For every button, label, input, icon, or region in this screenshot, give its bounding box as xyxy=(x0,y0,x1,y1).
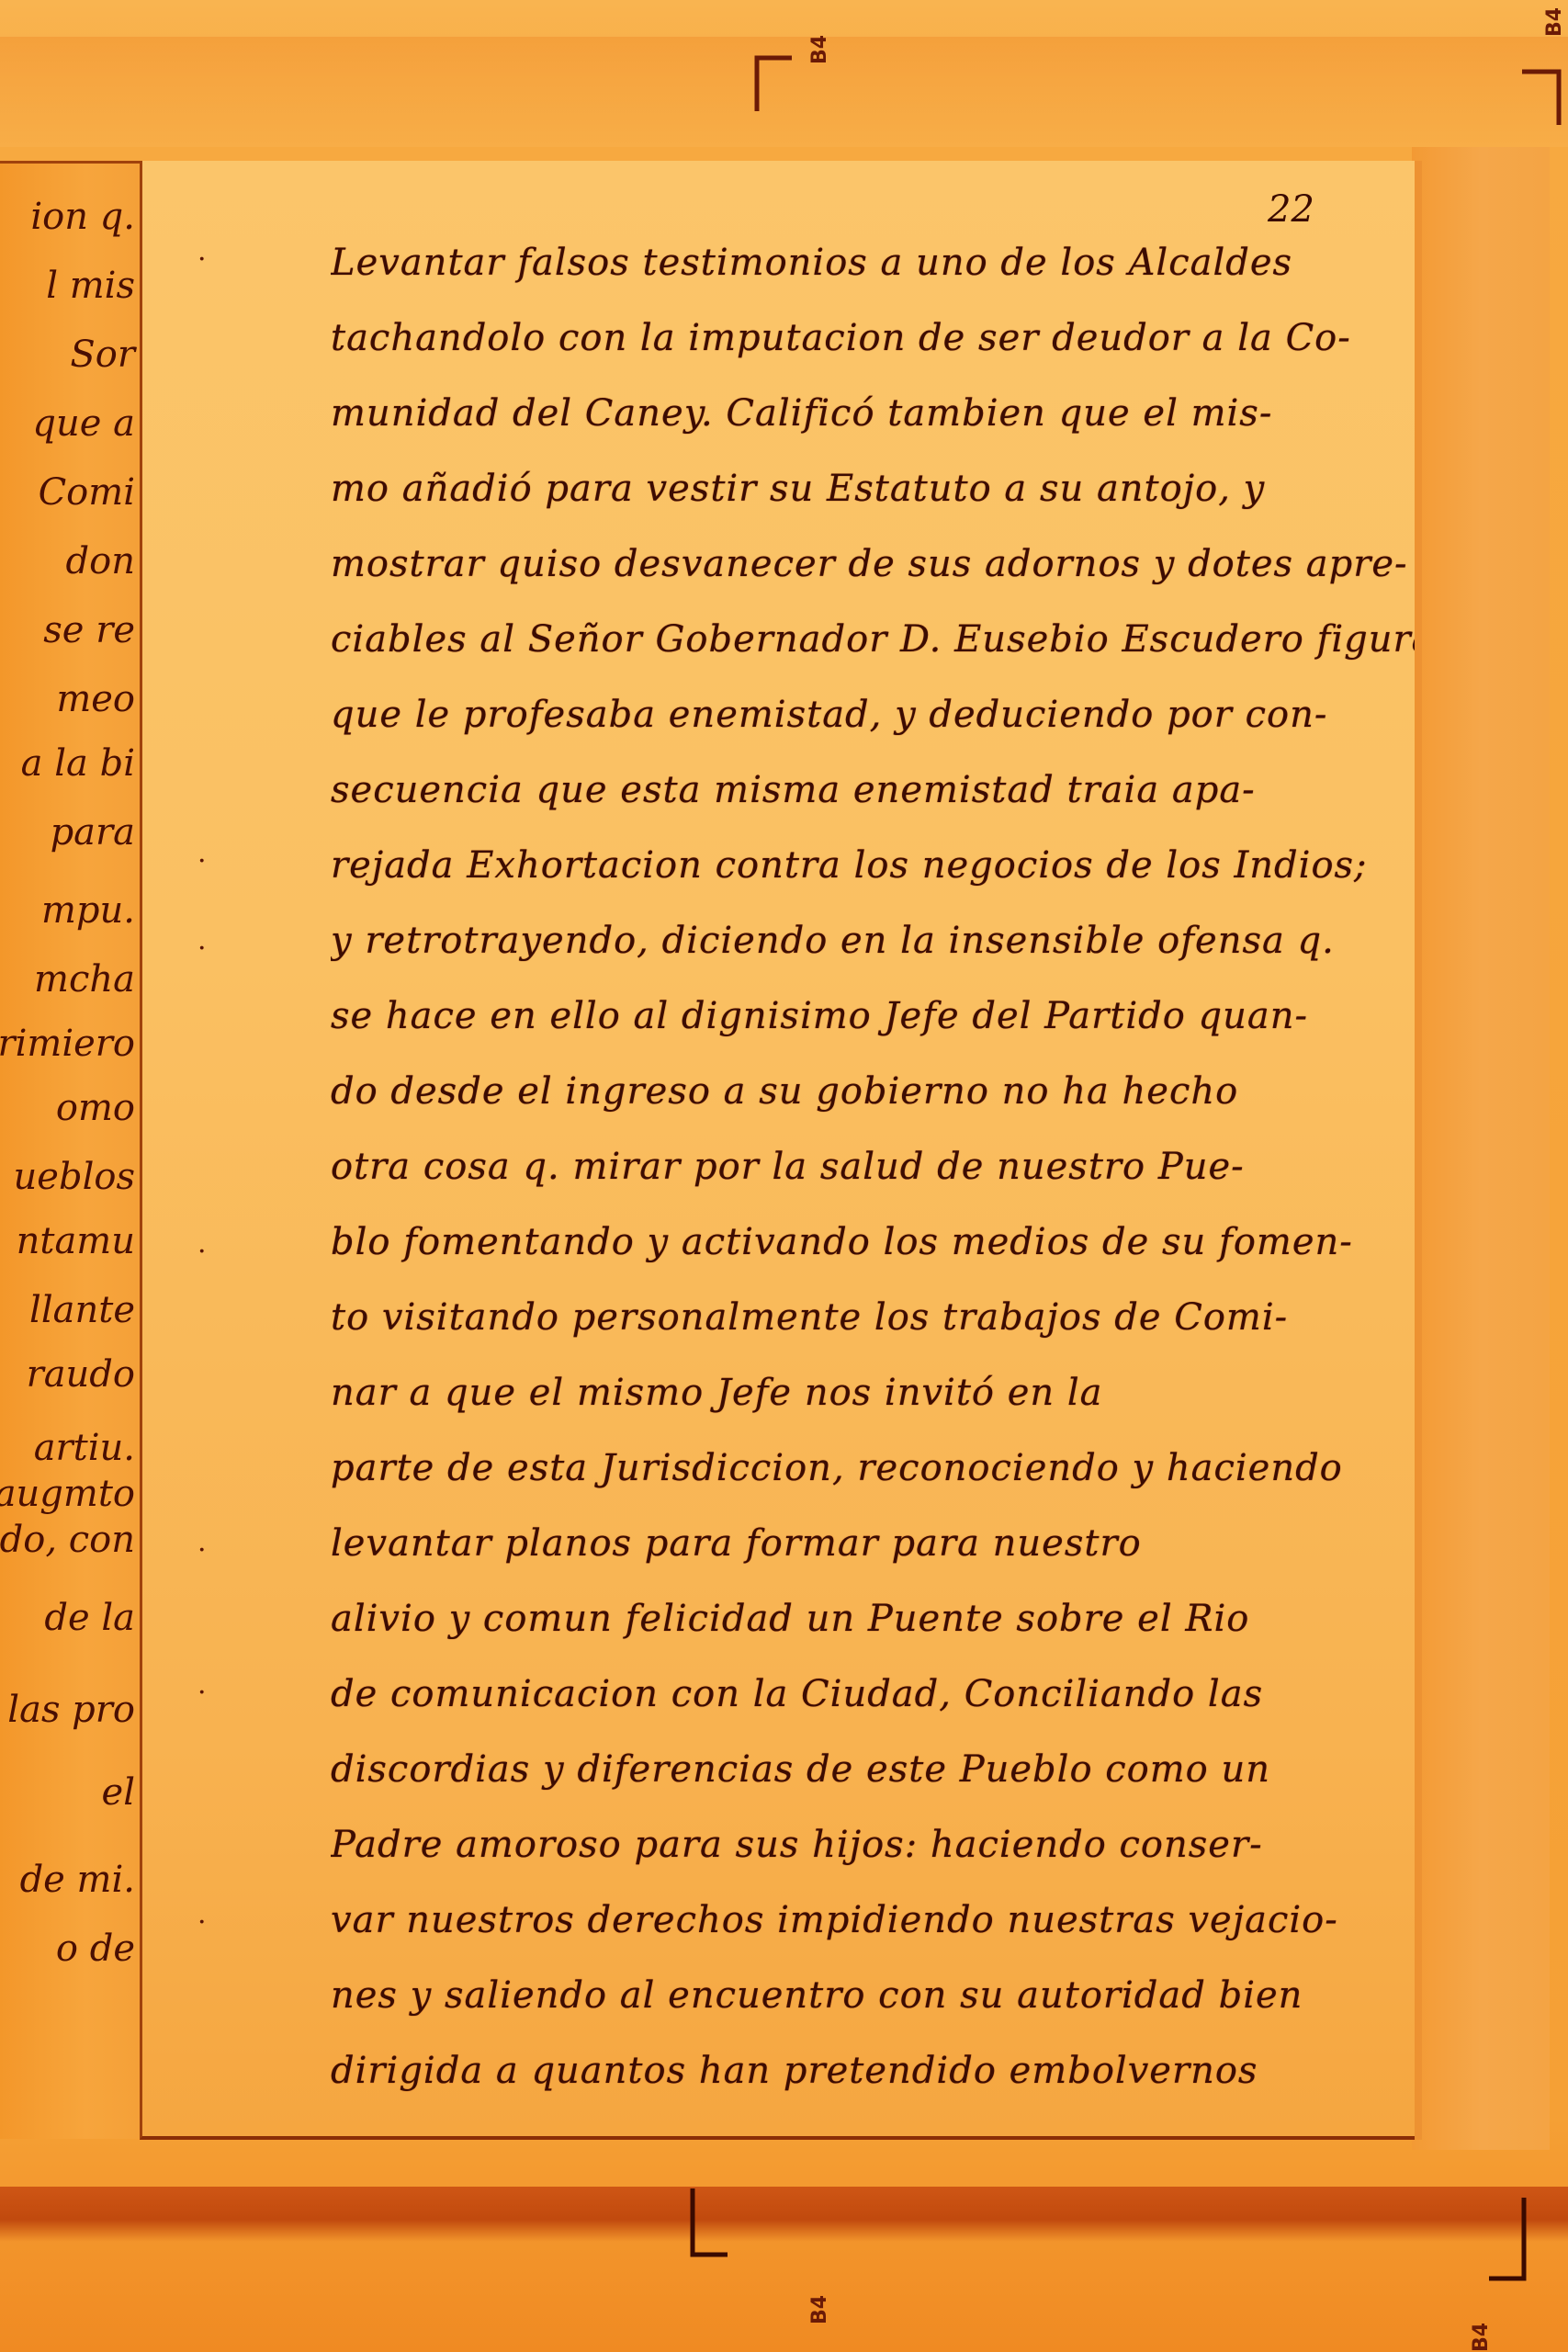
margin-mark: · xyxy=(197,243,210,276)
manuscript-line: do desde el ingreso a su gobierno no ha … xyxy=(331,1054,1415,1129)
left-page-line: rimiero xyxy=(0,1023,135,1065)
manuscript-line: nes y saliendo al encuentro con su autor… xyxy=(331,1958,1415,2033)
manuscript-line: que le profesaba enemistad, y deduciendo… xyxy=(331,677,1415,752)
left-page-line: de la xyxy=(44,1597,135,1639)
left-page-line: mcha xyxy=(34,958,135,1001)
margin-mark: · xyxy=(197,1677,210,1709)
manuscript-line: dirigida a quantos han pretendido embolv… xyxy=(331,2033,1415,2109)
left-page-line: a la bi xyxy=(21,742,135,785)
crop-mark-bottom-left xyxy=(689,2187,744,2260)
manuscript-line: mo añadió para vestir su Estatuto a su a… xyxy=(331,451,1415,526)
manuscript-line: tachandolo con la imputacion de ser deud… xyxy=(331,300,1415,376)
manuscript-line: discordias y diferencias de este Pueblo … xyxy=(331,1732,1415,1807)
manuscript-line: blo fomentando y activando los medios de… xyxy=(331,1204,1415,1280)
crop-mark-top-right xyxy=(1520,64,1566,129)
manuscript-line: de comunicacion con la Ciudad, Concilian… xyxy=(331,1657,1415,1732)
manuscript-line: Levantar falsos testimonios a uno de los… xyxy=(331,225,1415,300)
left-page-line: raudo xyxy=(27,1353,135,1396)
left-page-line: omo xyxy=(56,1087,135,1129)
manuscript-line: rejada Exhortacion contra los negocios d… xyxy=(331,828,1415,903)
left-page-line: Sor xyxy=(70,334,135,376)
manuscript-line: to visitando personalmente los trabajos … xyxy=(331,1280,1415,1355)
left-page-line: meo xyxy=(56,678,135,720)
left-page-line: don xyxy=(66,540,135,582)
left-page-line: augmto xyxy=(0,1473,135,1515)
left-page-line: se re xyxy=(43,609,135,651)
manuscript-page: 22 · · · · · · · Levantar falsos testimo… xyxy=(140,161,1415,2140)
crop-mark-label: B4 xyxy=(808,2295,831,2324)
manuscript-line: nar a que el mismo Jefe nos invitó en la xyxy=(331,1355,1415,1430)
manuscript-line: otra cosa q. mirar por la salud de nuest… xyxy=(331,1129,1415,1204)
left-page-line: do, con xyxy=(0,1519,135,1561)
margin-mark: · xyxy=(197,845,210,877)
crop-mark-label: B4 xyxy=(808,35,831,64)
left-page-line: las pro xyxy=(7,1689,135,1731)
margin-mark: · xyxy=(197,933,210,965)
left-page-line: llante xyxy=(29,1289,135,1331)
previous-page-fragment: ion q. l mis Sor que a Comi don se re me… xyxy=(0,161,145,2139)
crop-mark-label: B4 xyxy=(1470,2323,1493,2352)
crop-mark-bottom-right xyxy=(1483,2196,1539,2288)
left-page-line: artiu. xyxy=(34,1427,135,1469)
manuscript-line: y retrotrayendo, diciendo en la insensib… xyxy=(331,903,1415,978)
manuscript-line: munidad del Caney. Calificó tambien que … xyxy=(331,376,1415,451)
left-page-line: o de xyxy=(56,1928,135,1970)
left-page-line: de mi. xyxy=(20,1859,135,1901)
margin-mark: · xyxy=(197,1236,210,1268)
manuscript-line: ciables al Señor Gobernador D. Eusebio E… xyxy=(331,602,1415,677)
crop-mark-top-left xyxy=(753,51,808,115)
manuscript-line: alivio y comun felicidad un Puente sobre… xyxy=(331,1581,1415,1657)
manuscript-line: levantar planos para formar para nuestro xyxy=(331,1506,1415,1581)
manuscript-line: var nuestros derechos impidiendo nuestra… xyxy=(331,1883,1415,1958)
manuscript-line: mostrar quiso desvanecer de sus adornos … xyxy=(331,526,1415,602)
left-page-line: mpu. xyxy=(41,889,135,932)
manuscript-line: Padre amoroso para sus hijos: haciendo c… xyxy=(331,1807,1415,1883)
bottom-shadow-band xyxy=(0,2187,1568,2242)
margin-mark: · xyxy=(197,1906,210,1939)
manuscript-line: parte de esta Jurisdiccion, reconociendo… xyxy=(331,1430,1415,1506)
left-page-line: ion q. xyxy=(30,196,135,238)
manuscript-line: se hace en ello al dignisimo Jefe del Pa… xyxy=(331,978,1415,1054)
right-paper-strip xyxy=(1412,147,1550,2150)
crop-mark-label: B4 xyxy=(1543,7,1566,37)
left-page-line: l mis xyxy=(46,265,135,307)
left-page-line: el xyxy=(102,1771,135,1814)
left-page-line: ueblos xyxy=(14,1156,135,1198)
left-page-line: Comi xyxy=(39,471,135,514)
left-page-line: que a xyxy=(32,402,135,445)
left-page-line: ntamu xyxy=(17,1220,135,1262)
manuscript-text: Levantar falsos testimonios a uno de los… xyxy=(331,225,1415,2109)
margin-mark: · xyxy=(197,1534,210,1566)
manuscript-line: secuencia que esta misma enemistad traia… xyxy=(331,752,1415,828)
left-page-line: para xyxy=(51,811,135,854)
